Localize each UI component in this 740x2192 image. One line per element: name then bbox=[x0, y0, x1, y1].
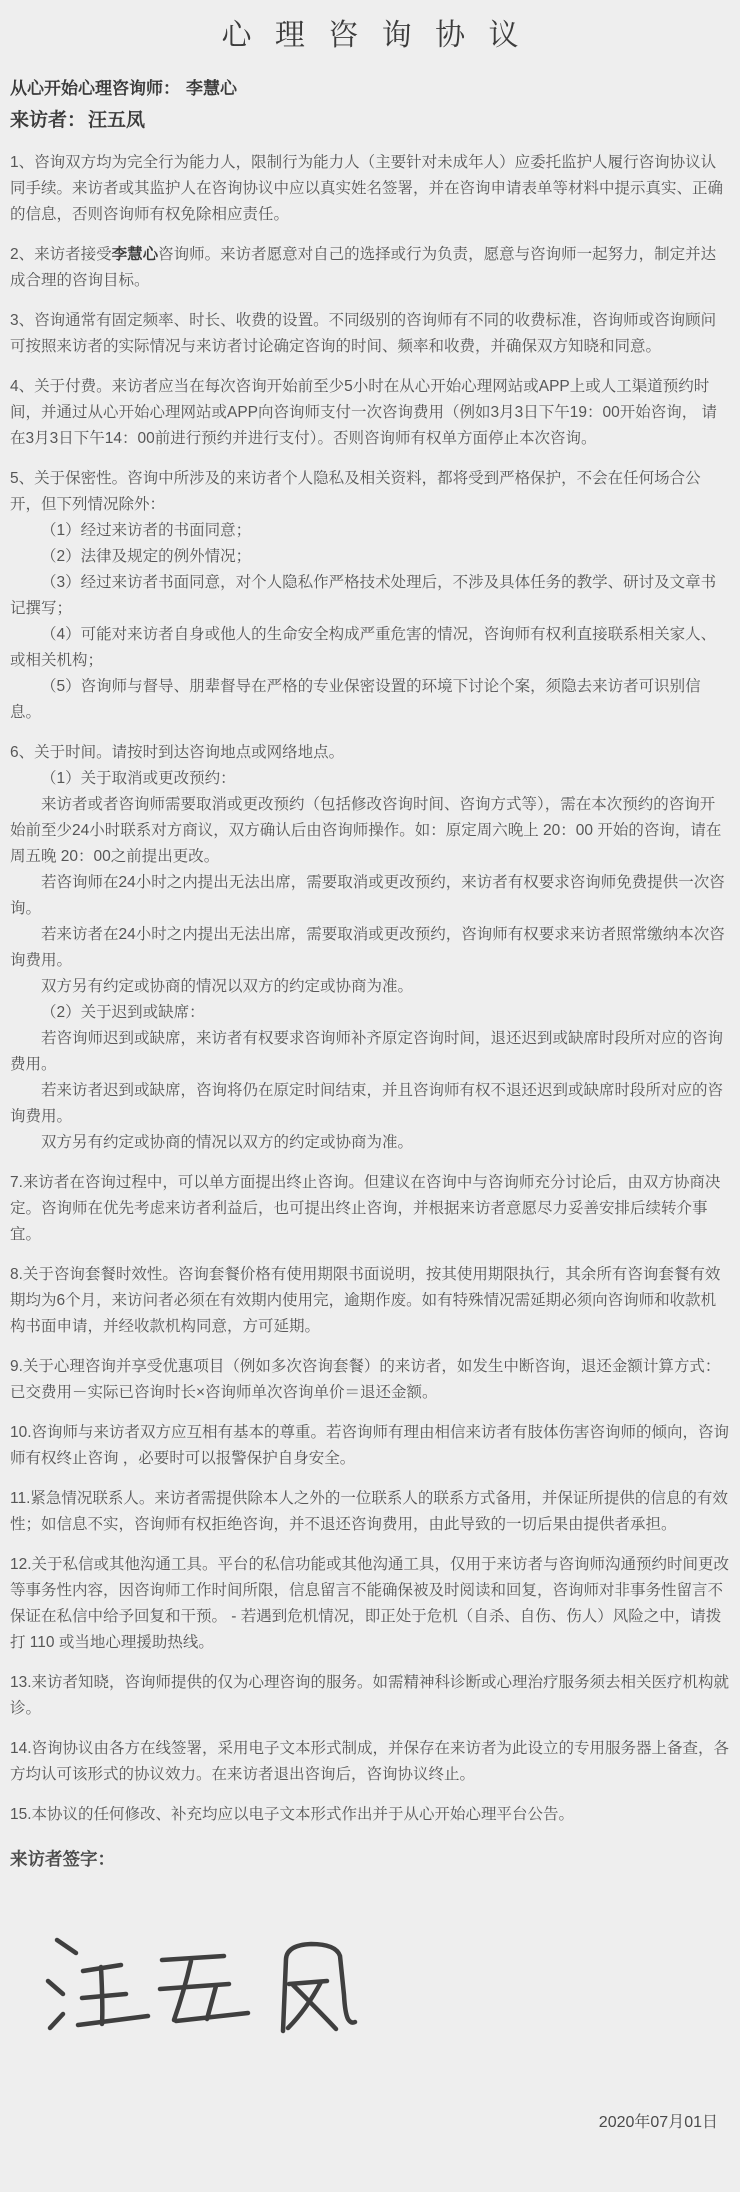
signing-date: 2020年07月01日 bbox=[10, 2109, 730, 2132]
visitor-line: 来访者：汪五凤 bbox=[10, 106, 730, 136]
clause-paragraph: （1）关于取消或更改预约： bbox=[10, 766, 730, 792]
signature-label: 来访者签字： bbox=[10, 1846, 730, 1871]
clause-paragraph: 若来访者在24小时之内提出无法出席，需要取消或更改预约，咨询师有权要求来访者照常… bbox=[10, 922, 730, 974]
clause-paragraph: 9.关于心理咨询并享受优惠项目（例如多次咨询套餐）的来访者，如发生中断咨询，退还… bbox=[10, 1354, 730, 1406]
visitor-signature-drawing bbox=[30, 1927, 370, 2057]
clause-paragraph: 若咨询师在24小时之内提出无法出席，需要取消或更改预约，来访者有权要求咨询师免费… bbox=[10, 870, 730, 922]
clause-paragraph: 来访者或者咨询师需要取消或更改预约（包括修改咨询时间、咨询方式等），需在本次预约… bbox=[10, 792, 730, 870]
agreement-document: 心理咨询协议 从心开始心理咨询师：李慧心 来访者：汪五凤 1、咨询双方均为完全行… bbox=[0, 0, 740, 2192]
visitor-label: 来访者： bbox=[10, 110, 86, 131]
clause-paragraph: （1）经过来访者的书面同意； bbox=[10, 518, 730, 544]
clause-paragraph: 12.关于私信或其他沟通工具。平台的私信功能或其他沟通工具，仅用于来访者与咨询师… bbox=[10, 1552, 730, 1656]
clause-paragraph: 10.咨询师与来访者双方应互相有基本的尊重。若咨询师有理由相信来访者有肢体伤害咨… bbox=[10, 1420, 730, 1472]
clause-paragraph: 14.咨询协议由各方在线签署，采用电子文本形式制成，并保存在来访者为此设立的专用… bbox=[10, 1736, 730, 1788]
page-title: 心理咨询协议 bbox=[10, 10, 730, 54]
clause-paragraph: 8.关于咨询套餐时效性。咨询套餐价格有使用期限书面说明，按其使用期限执行，其余所… bbox=[10, 1262, 730, 1340]
clause-paragraph: 若咨询师迟到或缺席，来访者有权要求咨询师补齐原定咨询时间，退还迟到或缺席时段所对… bbox=[10, 1026, 730, 1078]
counselor-label: 从心开始心理咨询师： bbox=[10, 79, 180, 98]
clause-paragraph: （5）咨询师与督导、朋辈督导在严格的专业保密设置的环境下讨论个案，须隐去来访者可… bbox=[10, 674, 730, 726]
counselor-name: 李慧心 bbox=[186, 79, 237, 98]
handwritten-signature-svg bbox=[30, 1927, 370, 2057]
clause-paragraph: 双方另有约定或协商的情况以双方的约定或协商为准。 bbox=[10, 1130, 730, 1156]
clause-paragraph: 13.来访者知晓，咨询师提供的仅为心理咨询的服务。如需精神科诊断或心理治疗服务须… bbox=[10, 1670, 730, 1722]
clause-paragraph: 4、关于付费。来访者应当在每次咨询开始前至少5小时在从心开始心理网站或APP上或… bbox=[10, 374, 730, 452]
clause-paragraph: 3、咨询通常有固定频率、时长、收费的设置。不同级别的咨询师有不同的收费标准，咨询… bbox=[10, 308, 730, 360]
visitor-name: 汪五凤 bbox=[88, 110, 145, 131]
clause-paragraph: 2、来访者接受李慧心咨询师。来访者愿意对自己的选择或行为负责，愿意与咨询师一起努… bbox=[10, 242, 730, 294]
counselor-name-inline: 李慧心 bbox=[112, 246, 159, 263]
clause-paragraph: 双方另有约定或协商的情况以双方的约定或协商为准。 bbox=[10, 974, 730, 1000]
clause-paragraph: 1、咨询双方均为完全行为能力人，限制行为能力人（主要针对未成年人）应委托监护人履… bbox=[10, 150, 730, 228]
clause-paragraph: 7.来访者在咨询过程中，可以单方面提出终止咨询。但建议在咨询中与咨询师充分讨论后… bbox=[10, 1170, 730, 1248]
clause-paragraph: （3）经过来访者书面同意，对个人隐私作严格技术处理后，不涉及具体任务的教学、研讨… bbox=[10, 570, 730, 622]
clause-paragraph: 若来访者迟到或缺席，咨询将仍在原定时间结束，并且咨询师有权不退还迟到或缺席时段所… bbox=[10, 1078, 730, 1130]
clause-paragraph: 15.本协议的任何修改、补充均应以电子文本形式作出并于从心开始心理平台公告。 bbox=[10, 1802, 730, 1828]
clause-paragraph: （4）可能对来访者自身或他人的生命安全构成严重危害的情况，咨询师有权利直接联系相… bbox=[10, 622, 730, 674]
clause-paragraph: 11.紧急情况联系人。来访者需提供除本人之外的一位联系人的联系方式备用，并保证所… bbox=[10, 1486, 730, 1538]
clause-paragraph: 6、关于时间。请按时到达咨询地点或网络地点。 bbox=[10, 740, 730, 766]
agreement-body: 1、咨询双方均为完全行为能力人，限制行为能力人（主要针对未成年人）应委托监护人履… bbox=[10, 150, 730, 1828]
clause-paragraph: 5、关于保密性。咨询中所涉及的来访者个人隐私及相关资料，都将受到严格保护，不会在… bbox=[10, 466, 730, 518]
clause-paragraph: （2）法律及规定的例外情况； bbox=[10, 544, 730, 570]
counselor-line: 从心开始心理咨询师：李慧心 bbox=[10, 76, 730, 102]
clause-paragraph: （2）关于迟到或缺席： bbox=[10, 1000, 730, 1026]
